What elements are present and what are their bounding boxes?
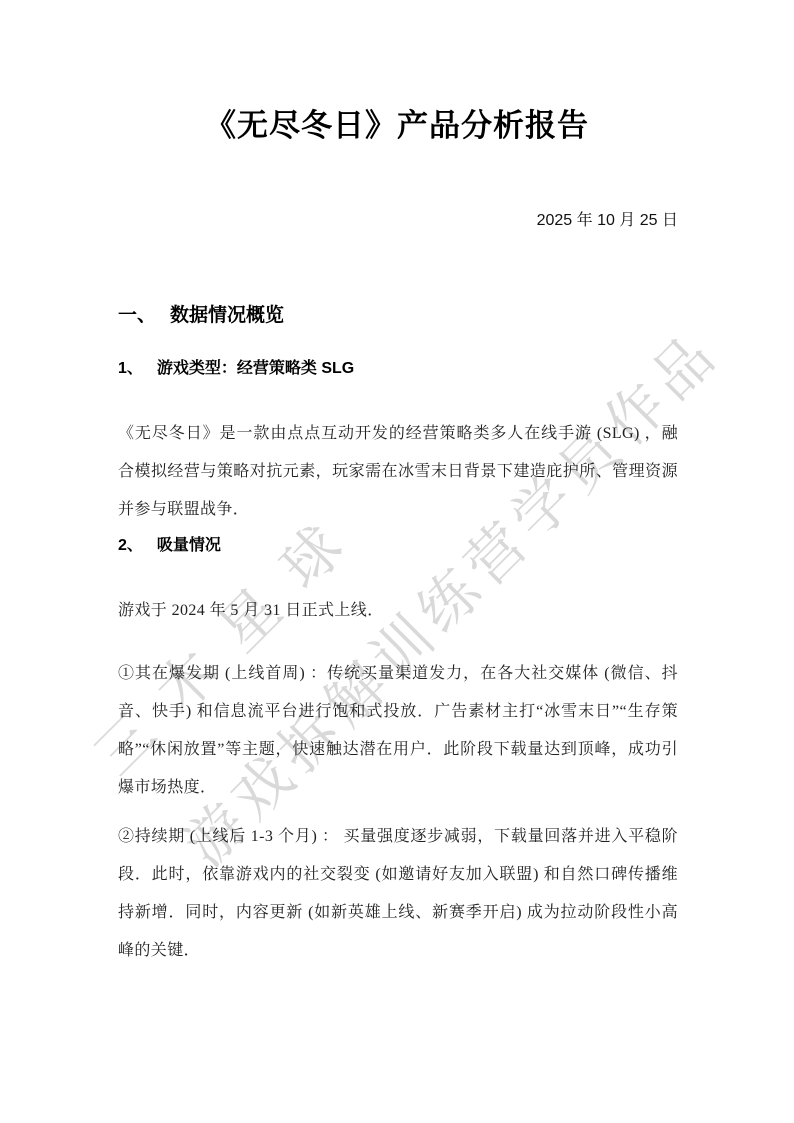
document-page: 三木星球 游戏拆解训练营学员作品 《无尽冬日》产品分析报告 2025 年 10 … [0, 0, 794, 1123]
paragraph-sustain-phase: ②持续期 (上线后 1-3 个月) ： 买量强度逐步减弱，下载量回落并进入平稳阶… [118, 818, 678, 970]
document-title: 《无尽冬日》产品分析报告 [0, 100, 794, 145]
paragraph-burst-phase: ①其在爆发期 (上线首周) ：传统买量渠道发力，在各大社交媒体 (微信、抖音、快… [118, 655, 678, 807]
subsection-title: 吸量情况 [157, 537, 221, 554]
section-title: 数据情况概览 [170, 305, 284, 326]
paragraph-game-intro: 《无尽冬日》是一款由点点互动开发的经营策略类多人在线手游 (SLG) ，融合模拟… [118, 415, 678, 529]
document-date: 2025 年 10 月 25 日 [118, 207, 678, 230]
paragraph-launch-date: 游戏于 2024 年 5 月 31 日正式上线． [118, 592, 678, 630]
subsection-heading-acquisition: 2、吸量情况 [118, 532, 678, 555]
subsection-number: 1、 [118, 360, 143, 377]
subsection-number: 2、 [118, 537, 143, 554]
section-heading-data-overview: 一、数据情况概览 [118, 300, 678, 327]
subsection-title: 游戏类型：经营策略类 SLG [157, 360, 354, 377]
section-number: 一、 [118, 305, 156, 326]
subsection-heading-game-type: 1、游戏类型：经营策略类 SLG [118, 355, 678, 378]
